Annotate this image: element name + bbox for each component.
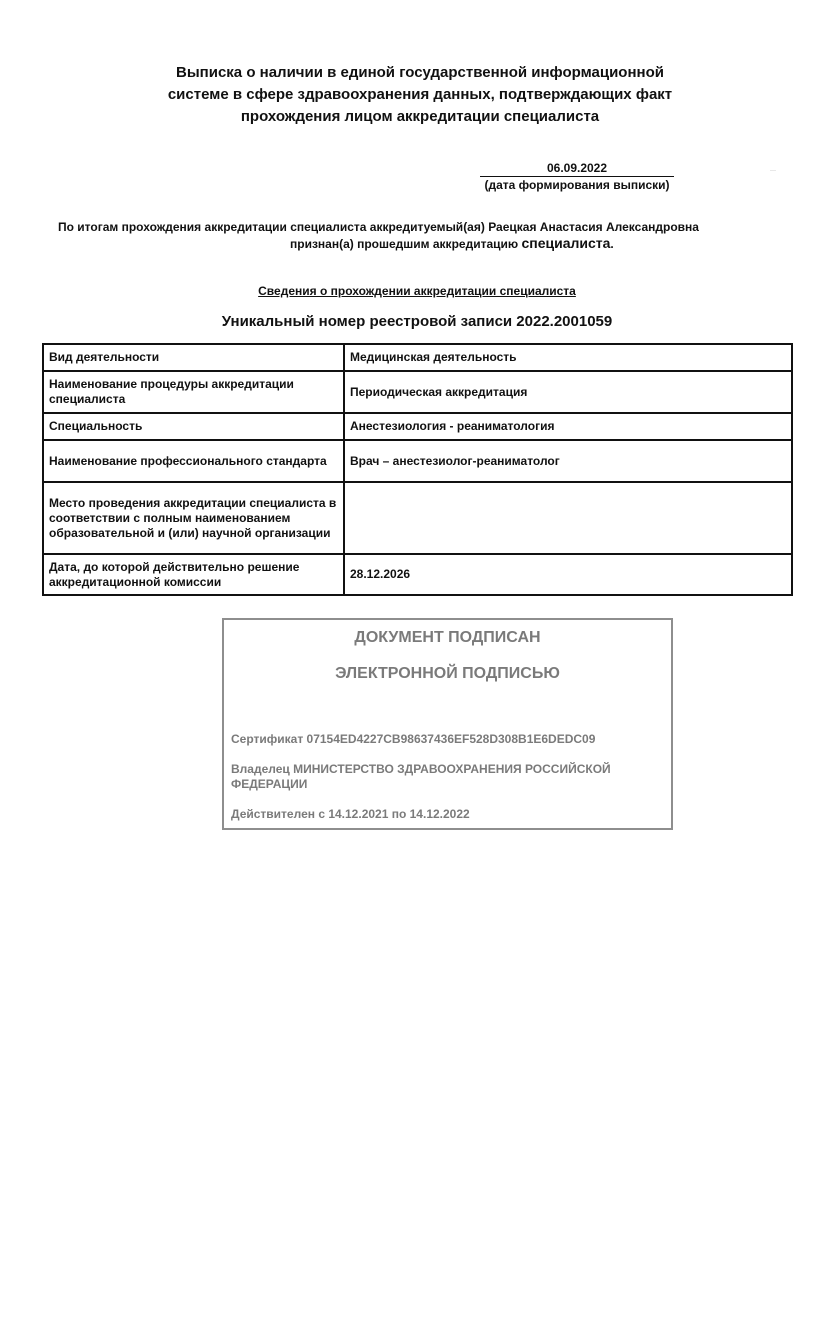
signature-heading-1: ДОКУМЕНТ ПОДПИСАН bbox=[224, 629, 671, 647]
title-line: прохождения лицом аккредитации специалис… bbox=[0, 106, 840, 128]
row-label: Специальность bbox=[43, 413, 344, 440]
document-title: Выписка о наличии в единой государственн… bbox=[0, 62, 840, 128]
signature-certificate: Сертификат 07154ED4227CB98637436EF528D30… bbox=[231, 732, 651, 747]
row-value: Врач – анестезиолог-реаниматолог bbox=[344, 440, 792, 482]
scan-artifact bbox=[770, 170, 776, 171]
result-emphasis: специалиста bbox=[521, 235, 610, 251]
issue-date: 06.09.2022 bbox=[480, 161, 674, 177]
row-value: Медицинская деятельность bbox=[344, 344, 792, 371]
table-row: Вид деятельности Медицинская деятельност… bbox=[43, 344, 792, 371]
row-label: Вид деятельности bbox=[43, 344, 344, 371]
electronic-signature-stamp: ДОКУМЕНТ ПОДПИСАН ЭЛЕКТРОННОЙ ПОДПИСЬЮ С… bbox=[222, 618, 673, 830]
row-value: Периодическая аккредитация bbox=[344, 371, 792, 413]
row-label: Наименование профессионального стандарта bbox=[43, 440, 344, 482]
result-prefix: признан(а) прошедшим аккредитацию bbox=[290, 237, 521, 251]
title-line: Выписка о наличии в единой государственн… bbox=[0, 62, 840, 84]
title-line: системе в сфере здравоохранения данных, … bbox=[0, 84, 840, 106]
table-row: Место проведения аккредитации специалист… bbox=[43, 482, 792, 554]
table-row: Дата, до которой действительно решение а… bbox=[43, 554, 792, 595]
result-suffix: . bbox=[610, 237, 613, 251]
row-value: 28.12.2026 bbox=[344, 554, 792, 595]
table-row: Наименование профессионального стандарта… bbox=[43, 440, 792, 482]
row-value bbox=[344, 482, 792, 554]
registry-number: Уникальный номер реестровой записи 2022.… bbox=[0, 313, 834, 330]
row-label: Наименование процедуры аккредитации спец… bbox=[43, 371, 344, 413]
issue-date-block: 06.09.2022 (дата формирования выписки) bbox=[480, 161, 674, 193]
accreditation-info-table: Вид деятельности Медицинская деятельност… bbox=[42, 343, 793, 596]
signature-owner: Владелец МИНИСТЕРСТВО ЗДРАВООХРАНЕНИЯ РО… bbox=[231, 762, 651, 792]
row-label: Место проведения аккредитации специалист… bbox=[43, 482, 344, 554]
row-label: Дата, до которой действительно решение а… bbox=[43, 554, 344, 595]
table-row: Специальность Анестезиология - реанимато… bbox=[43, 413, 792, 440]
row-value: Анестезиология - реаниматология bbox=[344, 413, 792, 440]
result-line-2: признан(а) прошедшим аккредитацию специа… bbox=[290, 234, 614, 253]
result-line-1: По итогам прохождения аккредитации специ… bbox=[58, 219, 699, 235]
table-row: Наименование процедуры аккредитации спец… bbox=[43, 371, 792, 413]
issue-date-caption: (дата формирования выписки) bbox=[480, 177, 674, 193]
signature-heading-2: ЭЛЕКТРОННОЙ ПОДПИСЬЮ bbox=[224, 665, 671, 683]
signature-validity: Действителен с 14.12.2021 по 14.12.2022 bbox=[231, 807, 651, 822]
section-title: Сведения о прохождении аккредитации спец… bbox=[0, 284, 834, 298]
